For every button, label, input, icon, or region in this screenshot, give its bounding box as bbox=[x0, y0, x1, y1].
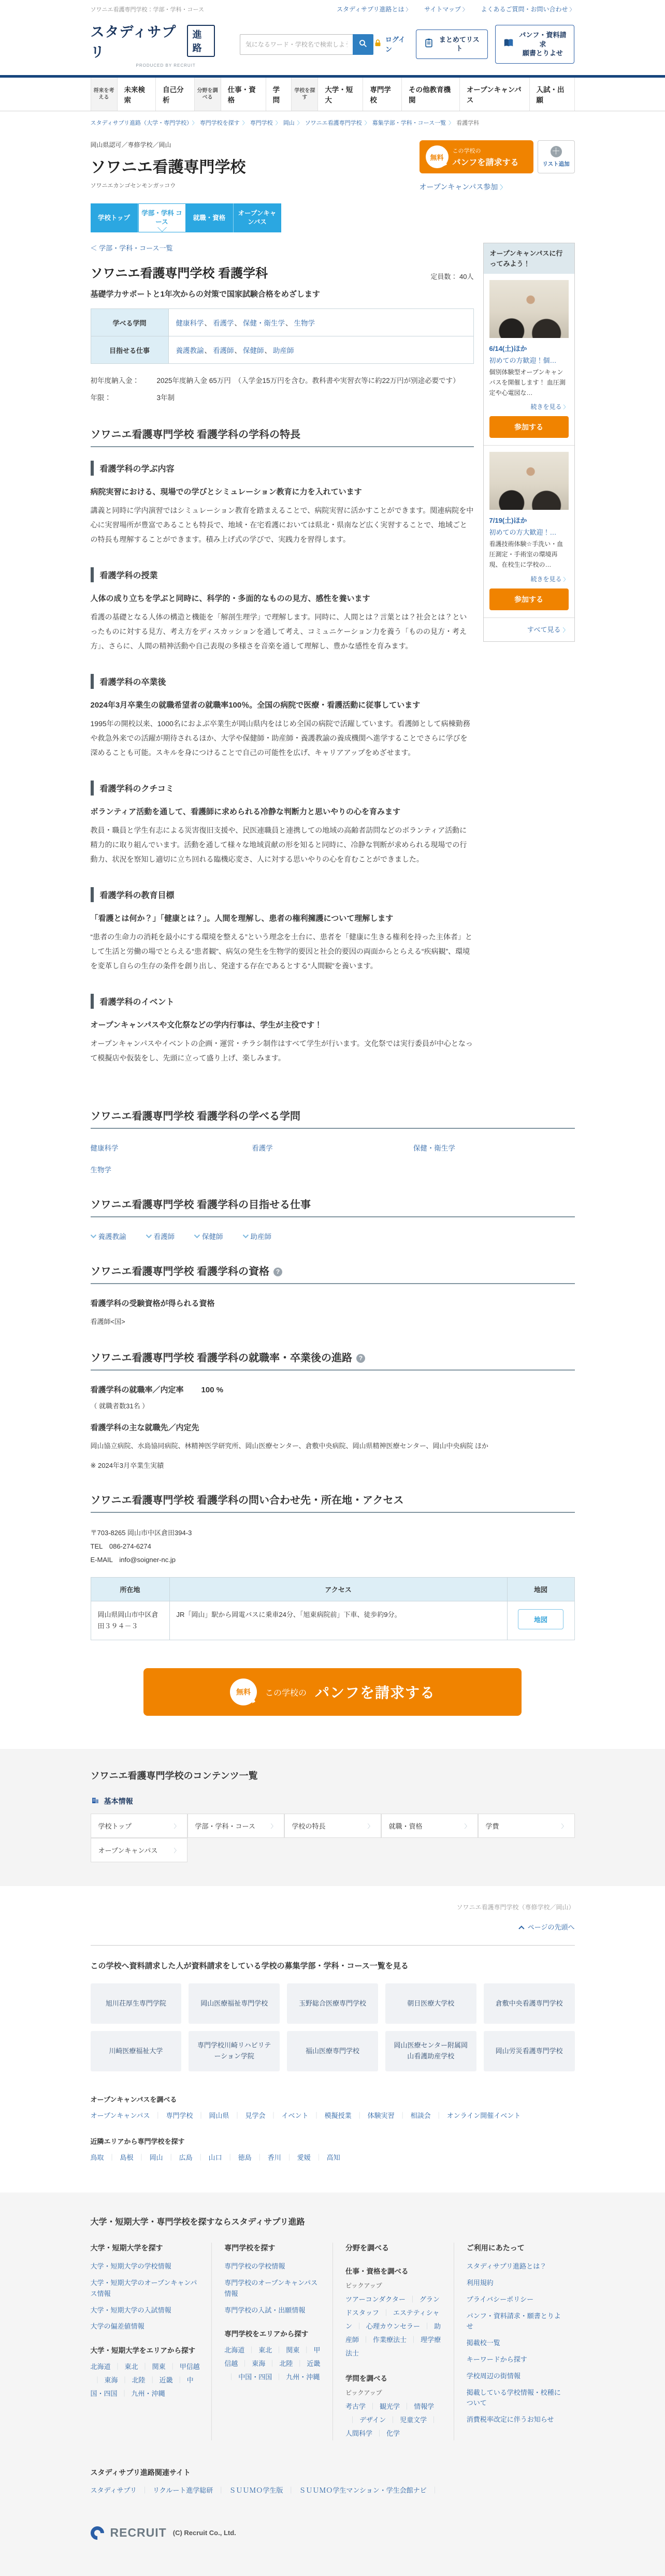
area-link[interactable]: 愛媛 bbox=[281, 2154, 311, 2161]
study-link[interactable]: 化学 bbox=[372, 2430, 400, 2437]
login-button[interactable]: ログイン bbox=[373, 34, 409, 54]
employers-list: 岡山協立病院、水島協同病院、林精神医学研究所、岡山医療センター、倉敷中央病院、岡… bbox=[91, 1440, 575, 1452]
event-description: 看護技術体験☆手洗い・血圧測定・手術室の環境再現、在校生に学校の… bbox=[489, 539, 569, 570]
request-pamphlet-button[interactable]: 無料 この学校のパンフを請求する bbox=[420, 140, 533, 173]
study-link[interactable]: 看護学 bbox=[204, 319, 234, 327]
breadcrumb-okayama[interactable]: 岡山 bbox=[283, 120, 295, 126]
job-chip: 看護師 bbox=[146, 1231, 175, 1241]
opencampus-search-link[interactable]: オープンキャンパス bbox=[91, 2112, 150, 2119]
related-school-card[interactable]: 専門学校川崎リハビリテーション学院 bbox=[189, 2031, 280, 2071]
footer-link[interactable]: 消費税率改定に伴うお知らせ bbox=[467, 2415, 563, 2425]
study-link[interactable]: 児童文学 bbox=[386, 2416, 427, 2424]
job-link[interactable]: ツアーコンダクター bbox=[345, 2295, 406, 2303]
related-school-card[interactable]: 玉野総合医療専門学校 bbox=[287, 1983, 378, 2024]
study-link[interactable]: 観光学 bbox=[366, 2403, 400, 2410]
search-button[interactable] bbox=[353, 34, 373, 55]
breadcrumb-current: 看護学科 bbox=[456, 120, 479, 126]
building-icon bbox=[91, 1795, 100, 1806]
related-schools-heading: この学校へ資料請求した人が資料請求をしている学校の募集学部・学科・コース一覧を見… bbox=[91, 1960, 575, 1971]
about-link[interactable]: スタディサプリ進路とは bbox=[337, 6, 411, 13]
area-link[interactable]: 岡山 bbox=[134, 2154, 163, 2161]
help-icon[interactable]: ? bbox=[273, 1268, 282, 1276]
studies-heading: ソワニエ看護専門学校 看護学科の学べる学問 bbox=[91, 1108, 575, 1129]
chevron-down-icon bbox=[242, 1232, 248, 1238]
feature-content: 看護学科の学ぶ内容 病院実習における、現場での学びとシミュレーション教育に力を入… bbox=[91, 461, 474, 547]
event-photo bbox=[489, 280, 569, 338]
page-label: ソワニエ看護専門学校：学部・学科・コース bbox=[91, 5, 204, 13]
related-site-link[interactable]: ＳＵＵＭＯ学生マンション・学生会館ナビ bbox=[299, 2486, 442, 2494]
area-link[interactable]: 九州・沖縄 bbox=[272, 2373, 320, 2381]
address-cell: 岡山県岡山市中区倉田３９４－３ bbox=[91, 1601, 169, 1640]
event-more-link[interactable]: 続きを見る bbox=[489, 575, 569, 583]
job-link[interactable]: 看護師 bbox=[154, 1231, 175, 1241]
feature-after-graduation: 看護学科の卒業後 2024年3月卒業生の就職希望者の就職率100％。全国の病院で… bbox=[91, 674, 474, 760]
related-schools-grid: 旭川荘厚生専門学院岡山医療福祉専門学校玉野総合医療専門学校朝日医療大学校倉敷中央… bbox=[91, 1983, 575, 2071]
back-to-course-list-link[interactable]: ＜ 学部・学科・コース一覧 bbox=[91, 244, 173, 252]
study-link[interactable]: 健康科学 bbox=[91, 1142, 252, 1153]
footer-col-university: 大学・短期大学を探す 大学・短期大学の学校情報大学・短期大学のオープンキャンパス… bbox=[91, 2243, 212, 2440]
school-qualifier: 岡山県認可／専修学校／岡山 bbox=[91, 140, 420, 149]
qualification-value: 看護師<国> bbox=[91, 1316, 575, 1328]
area-link[interactable]: 山口 bbox=[193, 2154, 222, 2161]
job-link[interactable]: 養護教諭 bbox=[98, 1231, 126, 1241]
jobs-link-row: 養護教諭看護師保健師助産師 bbox=[91, 1231, 575, 1241]
event-title-link[interactable]: 初めての方歓迎！個… bbox=[489, 355, 569, 365]
related-school-card[interactable]: 福山医療専門学校 bbox=[287, 2031, 378, 2071]
footer-link[interactable]: 大学・短期大学のオープンキャンパス情報 bbox=[91, 2278, 200, 2300]
job-links: 養護教諭看護師保健師助産師 bbox=[168, 336, 473, 364]
see-all-events-link[interactable]: すべて見る bbox=[484, 617, 574, 641]
nav-jobs[interactable]: 仕事・資格 bbox=[221, 78, 266, 111]
area-link[interactable]: 北海道 bbox=[224, 2346, 244, 2354]
free-badge: 無料 bbox=[426, 145, 449, 168]
tab-opencampus[interactable]: オープンキャンパス bbox=[234, 203, 281, 232]
employment-rate-note: （ 就職者数31名 ） bbox=[91, 1400, 575, 1412]
feature-events: 看護学科のイベント オープンキャンパスや文化祭などの学内行事は、学生が主役です！… bbox=[91, 994, 474, 1065]
footer-link[interactable]: 学校周辺の街情報 bbox=[467, 2371, 563, 2382]
footer-link[interactable]: キーワードから探す bbox=[467, 2354, 563, 2365]
employment-heading: ソワニエ看護専門学校 看護学科の就職率・卒業後の進路? bbox=[91, 1349, 575, 1371]
related-school-card[interactable]: 倉敷中央看護専門学校 bbox=[484, 1983, 575, 2024]
tab-employment[interactable]: 就職・資格 bbox=[186, 203, 234, 232]
event-date-link[interactable]: 6/14(土)ほか bbox=[489, 343, 569, 353]
tab-departments[interactable]: 学部・学科 コース bbox=[138, 203, 186, 232]
nav-vocational[interactable]: 専門学校 bbox=[363, 78, 401, 111]
area-link[interactable]: 東海 bbox=[238, 2360, 265, 2367]
event-photo bbox=[489, 452, 569, 510]
study-link[interactable]: デザイン bbox=[345, 2416, 386, 2424]
area-link[interactable]: 香川 bbox=[252, 2154, 281, 2161]
opencampus-search-link[interactable]: 専門学校 bbox=[150, 2112, 193, 2119]
recruit-logo: RECRUIT (C) Recruit Co., Ltd. bbox=[91, 2526, 575, 2540]
study-link[interactable]: 考古学 bbox=[345, 2403, 366, 2410]
studies-links: 健康科学看護学保健・衛生学生物学 bbox=[168, 309, 473, 336]
department-info-table: 学べる学問 健康科学看護学保健・衛生学生物学 目指せる仕事 養護教諭看護師保健師… bbox=[91, 308, 474, 364]
footer-col-vocational: 専門学校を探す 専門学校の学校情報専門学校のオープンキャンパス情報専門学校の入試… bbox=[211, 2243, 332, 2440]
related-school-card[interactable]: 岡山医療福祉専門学校 bbox=[189, 1983, 280, 2024]
chevron-down-icon bbox=[90, 1232, 96, 1238]
contents-group-label: 基本情報 bbox=[104, 1796, 133, 1806]
feature-education-goal: 看護学科の教育目標 「看護とは何か？」「健康とは？」。人間を理解し、患者の権利擁… bbox=[91, 887, 474, 973]
footer-link[interactable]: スタディサプリ進路とは？ bbox=[467, 2261, 563, 2272]
study-link[interactable]: 看護学 bbox=[252, 1142, 413, 1153]
area-link[interactable]: 東北 bbox=[244, 2346, 272, 2354]
contact-postal: 〒703-8265 岡山市中区倉田394-3 bbox=[91, 1526, 575, 1540]
catchcopy: 基礎学力サポートと1年次からの対策で国家試験合格をめざします bbox=[91, 288, 474, 299]
nav-research-field[interactable]: 分野を調べる bbox=[195, 78, 221, 111]
utility-links: スタディサプリ進路とは サイトマップ よくあるご質問・お問い合わせ bbox=[325, 5, 575, 13]
plus-icon: ＋ bbox=[551, 146, 562, 157]
area-link[interactable]: 九州・沖縄 bbox=[118, 2390, 165, 2397]
footer-link[interactable]: 専門学校の学校情報 bbox=[224, 2261, 321, 2272]
breadcrumb-find[interactable]: 専門学校を探す bbox=[200, 120, 240, 126]
footer-link[interactable]: 掲載校一覧 bbox=[467, 2338, 563, 2349]
logo-shinro-badge: 進路 bbox=[187, 25, 214, 57]
footer-link[interactable]: 大学・短期大学の学校情報 bbox=[91, 2261, 200, 2272]
contents-link[interactable]: 学校トップ bbox=[91, 1814, 187, 1838]
event-title-link[interactable]: 初めての方大歓迎！… bbox=[489, 527, 569, 537]
area-link[interactable]: 近畿 bbox=[146, 2376, 173, 2384]
jobs-heading: ソワニエ看護専門学校 看護学科の目指せる仕事 bbox=[91, 1196, 575, 1217]
capacity: 定員数： 40人 bbox=[430, 271, 473, 281]
search-bar bbox=[240, 34, 373, 55]
sidebar-heading: オープンキャンパスに行ってみよう！ bbox=[484, 243, 574, 274]
footer-col-help: ご利用にあたって スタディサプリ進路とは？利用規約プライバシーポリシーパンフ・資… bbox=[454, 2243, 575, 2440]
study-link[interactable]: 保健・衛生学 bbox=[413, 1142, 575, 1153]
feature-classes: 看護学科の授業 人体の成り立ちを学ぶと同時に、科学的・多面的なものの見方、感性を… bbox=[91, 567, 474, 653]
map-button[interactable]: 地図 bbox=[518, 1609, 563, 1629]
faq-link[interactable]: よくあるご質問・お問い合わせ bbox=[481, 6, 574, 13]
logo-byline: PRODUCED BY RECRUIT bbox=[91, 63, 215, 68]
search-input[interactable] bbox=[240, 34, 353, 55]
event-description: 個別体験型オープンキャンパスを開催します！ 血圧測定や心電図な… bbox=[489, 367, 569, 398]
event-join-button[interactable]: 参加する bbox=[489, 416, 569, 438]
breadcrumb-course-list[interactable]: 募集学部・学科・コース一覧 bbox=[372, 120, 446, 126]
contents-heading: ソワニエ看護専門学校のコンテンツ一覧 bbox=[91, 1769, 575, 1782]
years-row: 年限： 3年制 bbox=[91, 392, 474, 404]
utility-bar: ソワニエ看護専門学校：学部・学科・コース スタディサプリ進路とは サイトマップ … bbox=[0, 0, 665, 17]
study-link[interactable]: 生物学 bbox=[285, 319, 315, 327]
opencampus-search-link[interactable]: 岡山県 bbox=[193, 2112, 229, 2119]
related-site-link[interactable]: ＳＵＵＭＯ学生版 bbox=[229, 2486, 299, 2494]
job-link[interactable]: 養護教諭 bbox=[176, 347, 204, 355]
area-link[interactable]: 高知 bbox=[311, 2154, 340, 2161]
nav-find-school[interactable]: 学校を探す bbox=[292, 78, 317, 111]
column-header: アクセス bbox=[169, 1578, 507, 1601]
divider bbox=[91, 1945, 575, 1946]
features-heading: ソワニエ看護専門学校 看護学科の学科の特長 bbox=[91, 426, 474, 447]
job-link[interactable]: 作業療法士 bbox=[359, 2336, 407, 2344]
opencampus-sidebar: オープンキャンパスに行ってみよう！ 6/14(土)ほか 初めての方歓迎！個… 個… bbox=[483, 243, 575, 1086]
table-row: 目指せる仕事 養護教諭看護師保健師助産師 bbox=[91, 336, 473, 364]
table-row: 岡山県岡山市中区倉田３９４－３ JR「岡山」駅から岡電バスに乗車24分、「旭東病… bbox=[91, 1601, 574, 1640]
breadcrumb: スタディサプリ進路（大学・専門学校）〉専門学校を探す〉専門学校〉岡山〉ソワニエ看… bbox=[91, 111, 575, 129]
breadcrumb-school[interactable]: ソワニエ看護専門学校 bbox=[305, 120, 362, 126]
feature-reviews: 看護学科のクチコミ ボランティア活動を通して、看護師に求められる冷静な判断力と思… bbox=[91, 781, 474, 866]
study-link[interactable]: 保健・衛生学 bbox=[234, 319, 285, 327]
copyright: (C) Recruit Co., Ltd. bbox=[173, 2529, 236, 2537]
opencampus-search-link[interactable]: イベント bbox=[266, 2112, 309, 2119]
lock-icon bbox=[373, 39, 382, 49]
job-link[interactable]: 心理カウンセラー bbox=[352, 2322, 420, 2330]
job-chip: 保健師 bbox=[194, 1231, 223, 1241]
nav-university[interactable]: 大学・短大 bbox=[318, 78, 363, 111]
area-link[interactable]: 近畿 bbox=[293, 2360, 320, 2367]
related-school-card[interactable]: 川崎医療福祉大学 bbox=[91, 2031, 182, 2071]
nav-opencampus[interactable]: オープンキャンパス bbox=[460, 78, 529, 111]
related-site-link[interactable]: スタディサプリ bbox=[91, 2486, 153, 2494]
chevron-down-icon bbox=[194, 1232, 200, 1238]
opencampus-event: 7/19(土)ほか 初めての方大歓迎！… 看護技術体験☆手洗い・血圧測定・手術室… bbox=[484, 445, 574, 617]
area-link[interactable]: 関東 bbox=[272, 2346, 299, 2354]
contact-mail: E-MAIL info@soigner-nc.jp bbox=[91, 1553, 575, 1567]
opencampus-search-link[interactable]: オンライン開催イベント bbox=[431, 2112, 521, 2119]
opencampus-search-link[interactable]: 体験実習 bbox=[352, 2112, 395, 2119]
breadcrumb-home[interactable]: スタディサプリ進路（大学・専門学校） bbox=[91, 120, 190, 126]
chevron-up-icon bbox=[518, 1926, 524, 1932]
chevron-down-icon bbox=[146, 1232, 151, 1238]
footer-col-fields: 分野を調べる 仕事・資格を調べる ピックアップ ツアーコンダクターグランドスタッ… bbox=[332, 2243, 454, 2440]
area-link[interactable]: 東海 bbox=[91, 2376, 118, 2384]
area-link[interactable]: 広島 bbox=[163, 2154, 193, 2161]
job-link[interactable]: 助産師 bbox=[264, 347, 294, 355]
row-label: 学べる学問 bbox=[91, 309, 168, 336]
nav-studies[interactable]: 学問 bbox=[266, 78, 292, 111]
school-note: ソワニエ看護専門学校（専修学校／岡山） bbox=[91, 1903, 575, 1911]
footer-tagline: 大学・短期大学・専門学校を探すならスタディサプリ進路 bbox=[91, 2215, 575, 2227]
job-link[interactable]: 看護師 bbox=[204, 347, 234, 355]
footer-link[interactable]: 専門学校のオープンキャンパス情報 bbox=[224, 2278, 321, 2300]
column-header: 地図 bbox=[507, 1578, 574, 1601]
opencampus-search-link[interactable]: 模擬授業 bbox=[309, 2112, 352, 2119]
row-label: 目指せる仕事 bbox=[91, 336, 168, 364]
job-link[interactable]: 助産師 bbox=[251, 1231, 272, 1241]
footer-related-sites: スタディサプリ進路関連サイト スタディサプリリクルート進学総研ＳＵＵＭＯ学生版Ｓ… bbox=[91, 2467, 575, 2495]
school-header: 岡山県認可／専修学校／岡山 ソワニエ看護専門学校 ソワニエカンゴセンモンガッコウ… bbox=[91, 129, 575, 196]
access-table: 所在地 アクセス 地図 岡山県岡山市中区倉田３９４－３ JR「岡山」駅から岡電バ… bbox=[91, 1577, 575, 1640]
area-link[interactable]: 北陸 bbox=[265, 2360, 293, 2367]
site-logo[interactable]: スタディサプリ 進路 PRODUCED BY RECRUIT bbox=[91, 21, 215, 68]
area-link[interactable]: 関東 bbox=[138, 2363, 166, 2371]
opencampus-event: 6/14(土)ほか 初めての方歓迎！個… 個別体験型オープンキャンパスを開催しま… bbox=[484, 274, 574, 445]
employers-label: 看護学科の主な就職先／内定先 bbox=[91, 1422, 575, 1433]
footer-link[interactable]: パンフ・資料請求・願書とりよせ bbox=[467, 2311, 563, 2333]
clipboard-icon bbox=[424, 38, 434, 51]
footer-link[interactable]: 大学・短期大学の入試情報 bbox=[91, 2305, 200, 2316]
qualifications-heading: ソワニエ看護専門学校 看護学科の資格? bbox=[91, 1263, 575, 1284]
contents-link[interactable]: 学部・学科・コース bbox=[187, 1814, 284, 1838]
add-to-list-button[interactable]: ＋ リスト追加 bbox=[538, 140, 575, 173]
employment-rate: 看護学科の就職率／内定率100 % bbox=[91, 1384, 575, 1395]
area-link[interactable]: 徳島 bbox=[222, 2154, 252, 2161]
breadcrumb-vocational[interactable]: 専門学校 bbox=[250, 120, 273, 126]
contents-link[interactable]: 就職・資格 bbox=[381, 1814, 478, 1838]
related-site-link[interactable]: リクルート進学総研 bbox=[153, 2486, 229, 2494]
column-header: 所在地 bbox=[91, 1578, 169, 1601]
book-icon bbox=[503, 37, 514, 51]
job-link[interactable]: 保健師 bbox=[234, 347, 264, 355]
footer-link[interactable]: 大学の偏差値情報 bbox=[91, 2321, 200, 2332]
event-more-link[interactable]: 続きを見る bbox=[489, 402, 569, 411]
area-link[interactable]: 甲信越 bbox=[166, 2363, 200, 2371]
related-school-card[interactable]: 旭川荘厚生専門学院 bbox=[91, 1983, 182, 2024]
logo-text: スタディサプリ bbox=[91, 21, 183, 61]
area-link[interactable]: 北海道 bbox=[91, 2363, 111, 2371]
department-title: ソワニエ看護専門学校 看護学科 bbox=[91, 263, 268, 281]
employment-note: ※ 2024年3月卒業生実績 bbox=[91, 1460, 575, 1470]
contents-link[interactable]: 学費 bbox=[478, 1814, 575, 1838]
job-link[interactable]: 保健師 bbox=[202, 1231, 223, 1241]
related-school-card[interactable]: 岡山医療センター附属岡山看護助産学校 bbox=[385, 2031, 476, 2071]
area-link[interactable]: 鳥取 bbox=[91, 2154, 104, 2161]
event-join-button[interactable]: 参加する bbox=[489, 588, 569, 610]
school-kana: ソワニエカンゴセンモンガッコウ bbox=[91, 181, 420, 189]
nav-future-search[interactable]: 未来検索 bbox=[118, 78, 156, 111]
contact-info: 〒703-8265 岡山市中区倉田394-3 TEL 086-274-6274 … bbox=[91, 1526, 575, 1567]
area-link[interactable]: 島根 bbox=[104, 2154, 134, 2161]
event-date-link[interactable]: 7/19(土)ほか bbox=[489, 515, 569, 525]
contact-tel: TEL 086-274-6274 bbox=[91, 1540, 575, 1553]
contents-link-grid: 学校トップ学部・学科・コース学校の特長就職・資格学費オープンキャンパス bbox=[91, 1814, 575, 1862]
job-chip: 助産師 bbox=[243, 1231, 272, 1241]
job-chip: 養護教諭 bbox=[91, 1231, 126, 1241]
study-link[interactable]: 健康科学 bbox=[176, 319, 204, 327]
studies-link-grid: 健康科学看護学保健・衛生学生物学 bbox=[91, 1142, 575, 1174]
search-icon bbox=[358, 39, 368, 50]
site-footer: 大学・短期大学・専門学校を探すならスタディサプリ進路 大学・短期大学を探す 大学… bbox=[0, 2192, 665, 2576]
school-tabs: 学校トップ 学部・学科 コース 就職・資格 オープンキャンパス bbox=[91, 203, 575, 232]
free-badge: 無料 bbox=[230, 1679, 257, 1705]
list-button[interactable]: まとめてリスト bbox=[416, 30, 488, 59]
tab-school-top[interactable]: 学校トップ bbox=[91, 203, 138, 232]
help-icon[interactable]: ? bbox=[356, 1354, 365, 1363]
area-link[interactable]: 中国・四国 bbox=[224, 2373, 272, 2381]
school-name: ソワニエ看護専門学校 bbox=[91, 154, 420, 177]
page-top-link[interactable]: ページの先頭へ bbox=[521, 1923, 575, 1931]
site-header: スタディサプリ 進路 PRODUCED BY RECRUIT ログイン まとめて… bbox=[0, 17, 665, 75]
related-school-card[interactable]: 朝日医療大学校 bbox=[385, 1983, 476, 2024]
footer-link[interactable]: 掲載している学校情報・校種について bbox=[467, 2388, 563, 2409]
related-school-card[interactable]: 岡山労災看護専門学校 bbox=[484, 2031, 575, 2071]
nav-other-edu[interactable]: その他教育機関 bbox=[402, 78, 459, 111]
study-link[interactable]: 生物学 bbox=[91, 1164, 252, 1174]
contents-link[interactable]: オープンキャンパス bbox=[91, 1838, 187, 1862]
fee-row: 初年度納入金： 2025年度納入金 65万円 （入学金15万円を含む。教科書や実… bbox=[91, 375, 474, 387]
qualification-sub: 看護学科の受験資格が得られる資格 bbox=[91, 1298, 575, 1308]
sitemap-link[interactable]: サイトマップ bbox=[424, 6, 468, 13]
nav-admission[interactable]: 入試・出願 bbox=[530, 78, 574, 111]
contact-heading: ソワニエ看護専門学校 看護学科の問い合わせ先・所在地・アクセス bbox=[91, 1492, 575, 1513]
footer-link[interactable]: 専門学校の入試・出願情報 bbox=[224, 2305, 321, 2316]
recruit-mark-icon bbox=[88, 2523, 107, 2542]
contents-band: ソワニエ看護専門学校のコンテンツ一覧 基本情報 学校トップ学部・学科・コース学校… bbox=[0, 1749, 665, 1886]
opencampus-search-link[interactable]: 相談会 bbox=[395, 2112, 431, 2119]
table-row: 学べる学問 健康科学看護学保健・衛生学生物学 bbox=[91, 309, 473, 336]
opencampus-search-link[interactable]: 見学会 bbox=[229, 2112, 265, 2119]
access-cell: JR「岡山」駅から岡電バスに乗車24分、「旭東病院前」下車、徒歩約9分。 bbox=[169, 1601, 507, 1640]
area-link[interactable]: 北陸 bbox=[118, 2376, 146, 2384]
opencampus-join-link[interactable]: オープンキャンパス参加 bbox=[420, 182, 507, 192]
opencampus-search-links: オープンキャンパス専門学校岡山県見学会イベント模擬授業体験実習相談会オンライン開… bbox=[91, 2109, 575, 2123]
contents-link[interactable]: 学校の特長 bbox=[284, 1814, 381, 1838]
study-link[interactable]: 情報学 bbox=[400, 2403, 434, 2410]
request-pamphlet-cta[interactable]: 無料 この学校の パンフを請求する bbox=[143, 1668, 521, 1716]
global-nav: 将来を考える 未来検索 自己分析 分野を調べる 仕事・資格 学問 学校を探す 大… bbox=[0, 75, 665, 111]
nav-self-analysis[interactable]: 自己分析 bbox=[156, 78, 194, 111]
opencampus-search-heading: オープンキャンパスを調べる bbox=[91, 2094, 575, 2104]
nav-think-future[interactable]: 将来を考える bbox=[91, 78, 117, 111]
area-link[interactable]: 東北 bbox=[111, 2363, 138, 2371]
footer-link[interactable]: 利用規約 bbox=[467, 2278, 563, 2289]
pamphlet-request-button[interactable]: パンフ・資料請求願書とりよせ bbox=[495, 25, 574, 64]
footer-link[interactable]: プライバシーポリシー bbox=[467, 2294, 563, 2305]
area-search-links: 鳥取島根岡山広島山口徳島香川愛媛高知 bbox=[91, 2151, 575, 2165]
area-search-heading: 近隣エリアから専門学校を探す bbox=[91, 2136, 575, 2146]
